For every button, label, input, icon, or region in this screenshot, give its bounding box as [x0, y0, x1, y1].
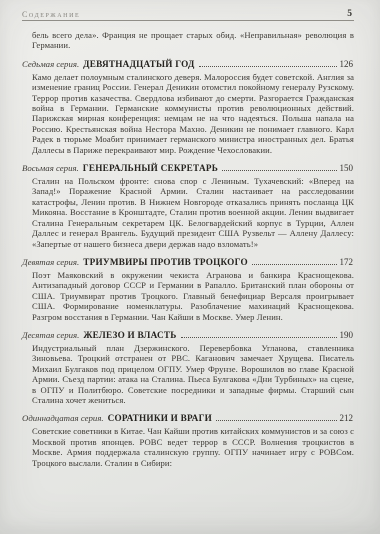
entry-page-number: 190: [340, 330, 355, 340]
entry-description: Индустриальный план Дзержинского. Переве…: [32, 343, 354, 405]
toc-entry-heading: Десятая серия. ЖЕЛЕЗО И ВЛАСТЬ 190: [22, 330, 354, 340]
header-rule: [22, 20, 354, 21]
series-title: СОРАТНИКИ И ВРАГИ: [108, 413, 212, 423]
dot-leader: [181, 337, 337, 338]
dot-leader: [199, 66, 337, 67]
series-title: ДЕВЯТНАДЦАТЫЙ ГОД: [83, 59, 194, 69]
toc-entry-heading: Одиннадцатая серия. СОРАТНИКИ И ВРАГИ 21…: [22, 413, 354, 423]
series-label: Восьмая серия.: [22, 163, 79, 173]
toc-entry: Девятая серия. ТРИУМВИРЫ ПРОТИВ ТРОЦКОГО…: [22, 257, 354, 322]
dot-leader: [222, 170, 336, 171]
entry-description: Поэт Маяковский в окружении чекиста Агра…: [32, 270, 354, 322]
entry-description: Сталин на Польском фронте: снова спор с …: [32, 176, 354, 249]
toc-entry: Седьмая серия. ДЕВЯТНАДЦАТЫЙ ГОД 126 Кам…: [22, 59, 354, 155]
series-title: ЖЕЛЕЗО И ВЛАСТЬ: [83, 330, 176, 340]
toc-entry: Одиннадцатая серия. СОРАТНИКИ И ВРАГИ 21…: [22, 413, 354, 468]
toc-entry-heading: Восьмая серия. ГЕНЕРАЛЬНЫЙ СЕКРЕТАРЬ 150: [22, 163, 354, 173]
series-label: Десятая серия.: [22, 330, 79, 340]
toc-entry-heading: Седьмая серия. ДЕВЯТНАДЦАТЫЙ ГОД 126: [22, 59, 354, 69]
entry-page-number: 150: [340, 163, 355, 173]
series-label: Девятая серия.: [22, 257, 79, 267]
entry-page-number: 126: [340, 59, 355, 69]
series-title: ГЕНЕРАЛЬНЫЙ СЕКРЕТАРЬ: [83, 163, 218, 173]
dot-leader: [252, 264, 337, 265]
dot-leader: [216, 420, 336, 421]
page-header-title: Содержание: [22, 10, 80, 19]
series-label: Одиннадцатая серия.: [22, 413, 104, 423]
entry-page-number: 212: [340, 413, 355, 423]
entry-page-number: 172: [340, 257, 355, 267]
series-label: Седьмая серия.: [22, 59, 79, 69]
toc-entry-heading: Девятая серия. ТРИУМВИРЫ ПРОТИВ ТРОЦКОГО…: [22, 257, 354, 267]
book-page-photo: Содержание 5 бель всего дела». Франция н…: [0, 0, 380, 534]
toc-entries: Седьмая серия. ДЕВЯТНАДЦАТЫЙ ГОД 126 Кам…: [22, 59, 354, 468]
entry-description: Советские советники в Китае. Чан Кайши п…: [32, 426, 354, 468]
entry-description: Камо делает полоумным сталинского деверя…: [32, 72, 354, 155]
toc-entry: Восьмая серия. ГЕНЕРАЛЬНЫЙ СЕКРЕТАРЬ 150…: [22, 163, 354, 249]
running-head: Содержание 5: [22, 9, 354, 19]
continuation-paragraph: бель всего дела». Франция не прощает ста…: [32, 30, 354, 51]
toc-page: Содержание 5 бель всего дела». Франция н…: [0, 0, 380, 534]
toc-entry: Десятая серия. ЖЕЛЕЗО И ВЛАСТЬ 190 Индус…: [22, 330, 354, 405]
series-title: ТРИУМВИРЫ ПРОТИВ ТРОЦКОГО: [83, 257, 248, 267]
page-number: 5: [347, 9, 354, 19]
